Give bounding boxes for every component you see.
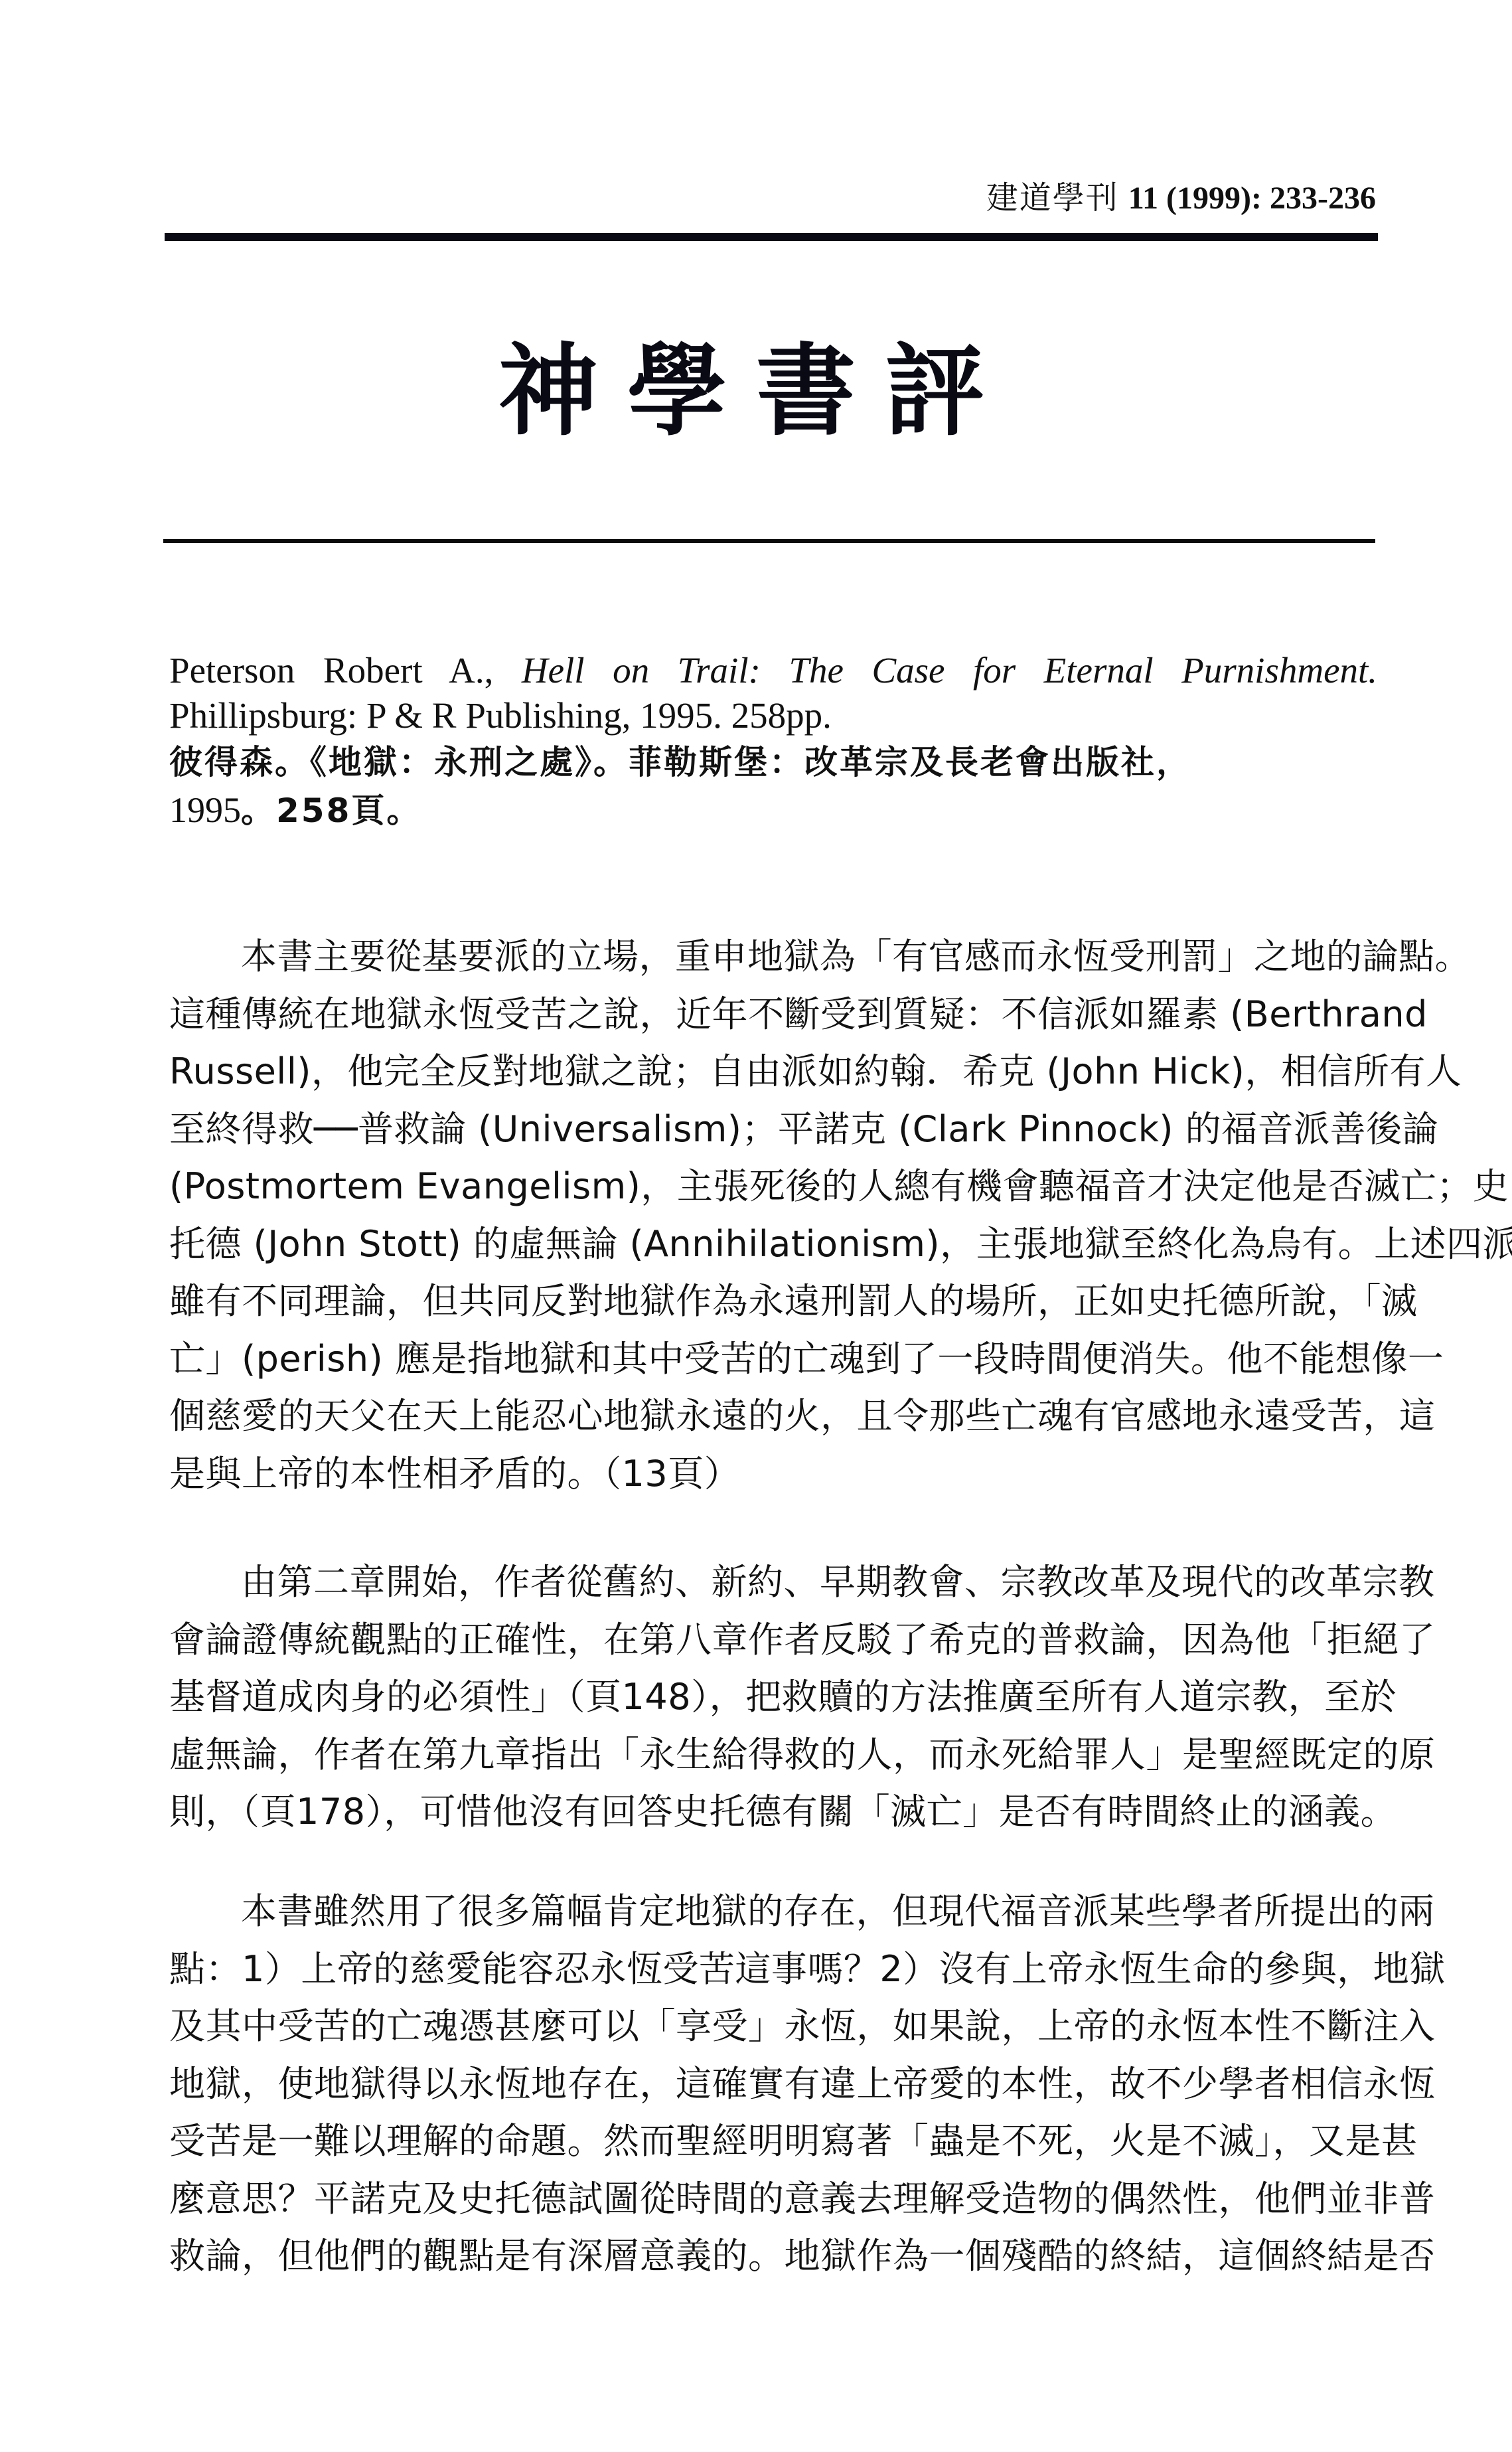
citation-english-line-1: Peterson Robert A., Hell on Trail: The C… — [169, 648, 1377, 693]
paragraph-line: 個慈愛的天父在天上能忍心地獄永遠的火，且令那些亡魂有官感地永遠受苦，這 — [169, 1388, 1377, 1445]
title-rule — [163, 539, 1375, 543]
paragraph-line: 麼意思？平諾克及史托德試圖從時間的意義去理解受造物的偶然性，他們並非普 — [169, 2170, 1377, 2228]
citation-author: Peterson Robert A., — [169, 650, 493, 691]
paragraph-line: 地獄，使地獄得以永恆地存在，這確實有違上帝愛的本性，故不少學者相信永恆 — [169, 2056, 1377, 2113]
paragraph-line: 虛無論，作者在第九章指出「永生給得救的人，而永死給罪人」是聖經既定的原 — [169, 1726, 1377, 1784]
paragraph-2: 由第二章開始，作者從舊約、新約、早期教會、宗教改革及現代的改革宗教 會論證傳統觀… — [169, 1554, 1377, 1841]
paragraph-line: 受苦是一難以理解的命題。然而聖經明明寫著「蟲是不死，火是不滅」，又是甚 — [169, 2113, 1377, 2170]
paragraph-line: 至終得救──普救論 (Universalism)；平諾克 (Clark Pinn… — [169, 1101, 1377, 1159]
paragraph-line: Russell)，他完全反對地獄之說；自由派如約翰．希克 (John Hick)… — [169, 1043, 1377, 1101]
paragraph-1: 本書主要從基要派的立場，重申地獄為「有官感而永恆受刑罰」之地的論點。 這種傳統在… — [169, 928, 1377, 1503]
citation-chinese-pages: 。258頁。 — [241, 791, 421, 830]
paragraph-line: 亡」(perish) 應是指地獄和其中受苦的亡魂到了一段時間便消失。他不能想像一 — [169, 1331, 1377, 1388]
citation-chinese-year: 1995 — [169, 790, 241, 830]
journal-name: 建道學刊 — [986, 179, 1119, 216]
paragraph-line: 及其中受苦的亡魂憑甚麼可以「享受」永恆，如果說，上帝的永恆本性不斷注入 — [169, 1998, 1377, 2056]
volume-pages: 11 (1999): 233-236 — [1128, 181, 1376, 216]
citation-english-line-2: Phillipsburg: P & R Publishing, 1995. 25… — [169, 693, 1377, 738]
header-rule — [165, 233, 1378, 241]
paragraph-line: 托德 (John Stott) 的虛無論 (Annihilationism)，主… — [169, 1216, 1377, 1273]
paragraph-line: 本書雖然用了很多篇幅肯定地獄的存在，但現代福音派某些學者所提出的兩 — [169, 1883, 1377, 1941]
citation-chinese-line-1: 彼得森。《地獄：永刑之處》。菲勒斯堡：改革宗及長老會出版社， — [169, 738, 1377, 786]
paragraph-line: 是與上帝的本性相矛盾的。（13頁） — [169, 1445, 1377, 1503]
paragraph-line: 由第二章開始，作者從舊約、新約、早期教會、宗教改革及現代的改革宗教 — [169, 1554, 1377, 1611]
paragraph-line: 則，（頁178），可惜他沒有回答史托德有關「滅亡」是否有時間終止的涵義。 — [169, 1783, 1377, 1841]
paragraph-line: 這種傳統在地獄永恆受苦之說，近年不斷受到質疑：不信派如羅素 (Berthrand — [169, 986, 1377, 1044]
section-title: 神學書評 — [0, 332, 1512, 451]
journal-page: 建道學刊11 (1999): 233-236 神學書評 Peterson Rob… — [0, 0, 1512, 2452]
paragraph-line: 救論，但他們的觀點是有深層意義的。地獄作為一個殘酷的終結，這個終結是否 — [169, 2228, 1377, 2285]
paragraph-line: 本書主要從基要派的立場，重申地獄為「有官感而永恆受刑罰」之地的論點。 — [169, 928, 1377, 986]
paragraph-line: 點：1）上帝的慈愛能容忍永恆受苦這事嗎？2）沒有上帝永恆生命的參與，地獄 — [169, 1941, 1377, 1999]
citation-chinese-line-2: 1995。258頁。 — [169, 786, 1377, 835]
paragraph-line: 基督道成肉身的必須性」（頁148），把救贖的方法推廣至所有人道宗教，至於 — [169, 1669, 1377, 1726]
journal-citation-header: 建道學刊11 (1999): 233-236 — [986, 178, 1376, 218]
paragraph-line: 會論證傳統觀點的正確性，在第八章作者反駁了希克的普救論，因為他「拒絕了 — [169, 1611, 1377, 1669]
book-citation: Peterson Robert A., Hell on Trail: The C… — [169, 648, 1377, 835]
paragraph-line: 雖有不同理論，但共同反對地獄作為永遠刑罰人的場所，正如史托德所說，「滅 — [169, 1273, 1377, 1331]
paragraph-3: 本書雖然用了很多篇幅肯定地獄的存在，但現代福音派某些學者所提出的兩 點：1）上帝… — [169, 1883, 1377, 2285]
paragraph-line: (Postmortem Evangelism)，主張死後的人總有機會聽福音才決定… — [169, 1158, 1377, 1216]
citation-book-title: Hell on Trail: The Case for Eternal Purn… — [522, 650, 1377, 691]
